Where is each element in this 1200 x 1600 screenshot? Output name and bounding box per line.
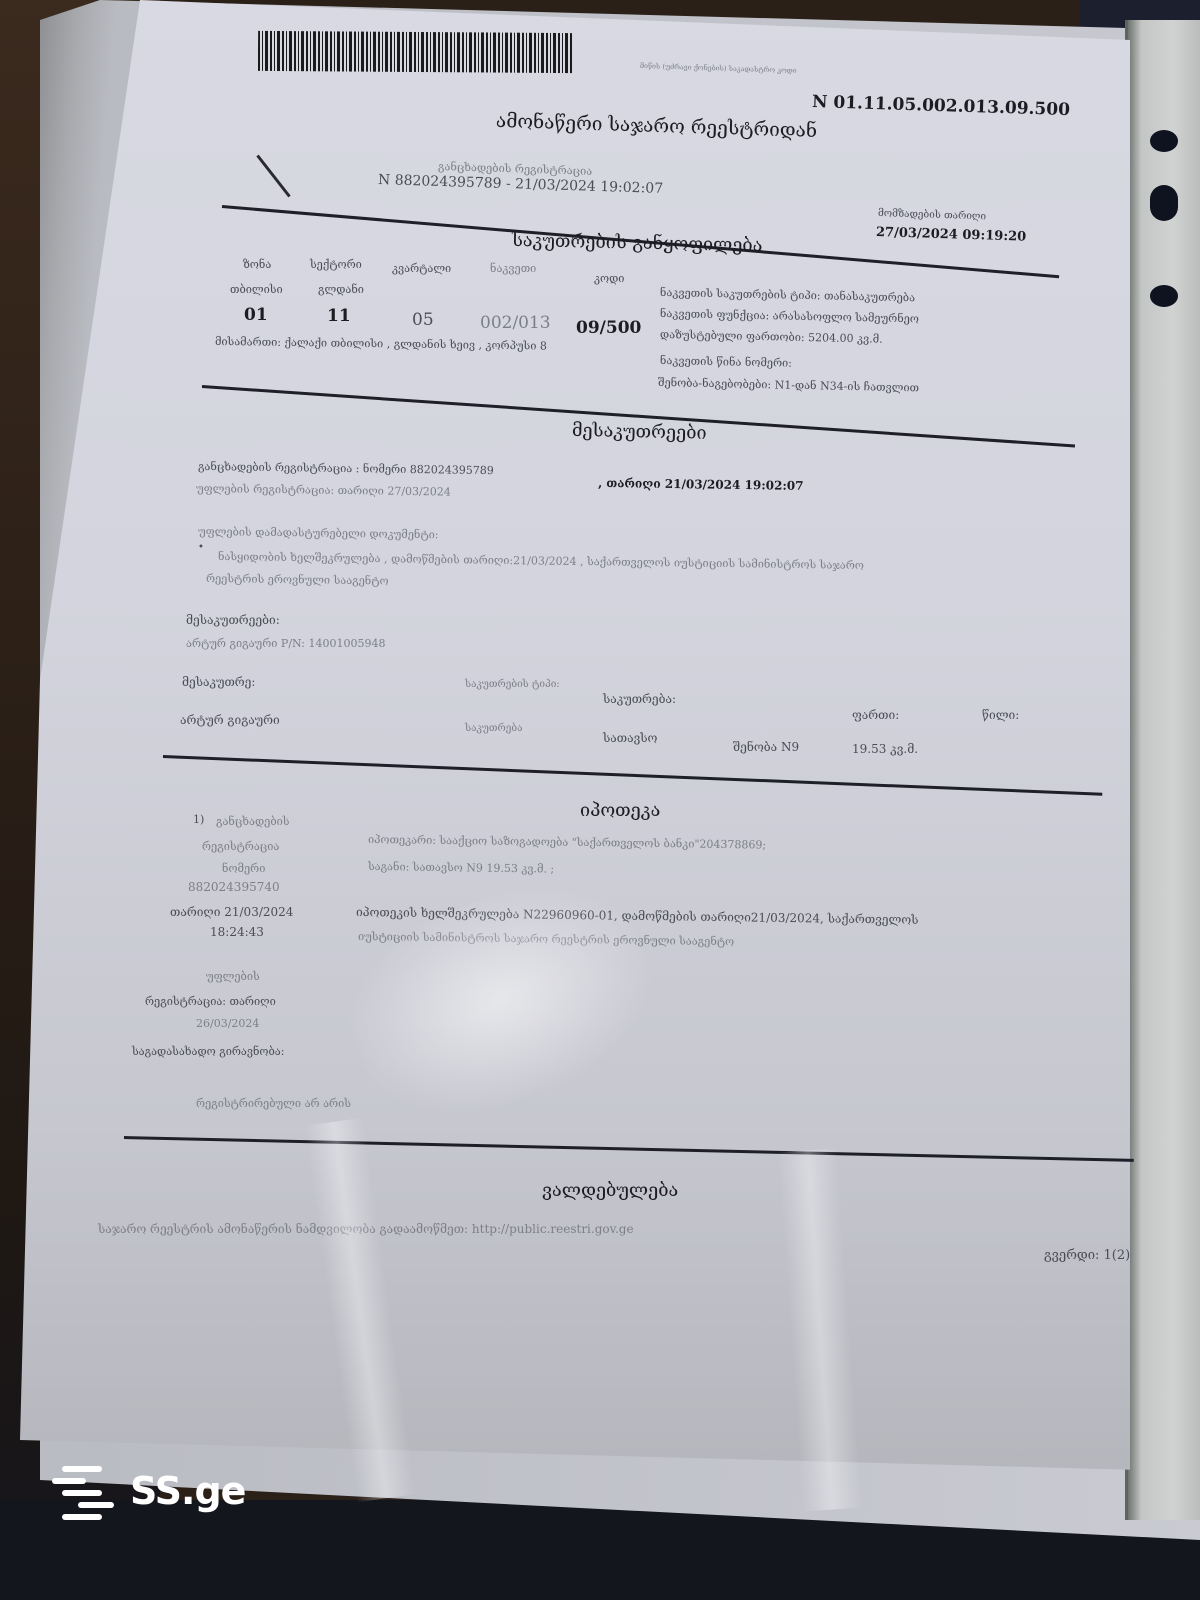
owners-section-title: მესაკუთრეები bbox=[572, 420, 707, 444]
property-label: საკუთრება: bbox=[603, 692, 676, 706]
share-label: წილი: bbox=[982, 708, 1019, 722]
property-value: სათავსო bbox=[603, 731, 657, 745]
cadastral-code: N 01.11.05.002.013.09.500 bbox=[812, 92, 1071, 120]
building-value: შენობა N9 bbox=[733, 740, 799, 754]
mortgage-rights-label-2: რეგისტრაცია: თარიღი bbox=[145, 995, 276, 1008]
quarter-value: 05 bbox=[412, 310, 434, 330]
divider bbox=[124, 1136, 1134, 1162]
owner-label: მესაკუთრე: bbox=[182, 675, 255, 689]
mortgage-rights-date: 26/03/2024 bbox=[196, 1017, 259, 1030]
parcel-label: ნაკვეთი bbox=[490, 262, 536, 275]
parcel-area: დაზუსტებული ფართობი: 5204.00 კვ.მ. bbox=[660, 328, 883, 346]
mortgage-section-title: იპოთეკა bbox=[580, 800, 660, 821]
owners-application-reg: განცხადების რეგისტრაცია : ნომერი 8820243… bbox=[198, 460, 494, 477]
ownership-type-label: საკუთრების ტიპი: bbox=[465, 676, 575, 694]
pen-mark bbox=[256, 155, 290, 198]
ssge-watermark: SS.ge bbox=[52, 1466, 245, 1516]
mortgage-item-index: 1) bbox=[193, 813, 204, 826]
registry-extract: მიწის (უძრავი ქონების) საკადასტრო კოდი N… bbox=[0, 0, 1200, 1600]
owners-basis-line2: რეესტრის ეროვნული სააგენტო bbox=[206, 572, 389, 588]
parcel-buildings: შენობა-ნაგებობები: N1-დან N34-ის ჩათვლით bbox=[658, 376, 919, 394]
sleeve-glare bbox=[304, 1118, 416, 1503]
tax-lien-label: საგადასახადო გირავნობა: bbox=[132, 1045, 284, 1058]
sleeve-glare bbox=[778, 1148, 863, 1511]
owners-application-date: , თარიღი 21/03/2024 19:02:07 bbox=[598, 476, 804, 493]
parcel-ownership-type: ნაკვეთის საკუთრების ტიპი: თანასაკუთრება bbox=[660, 286, 915, 304]
owners-list-value: არტურ გიგაური P/N: 14001005948 bbox=[186, 637, 385, 650]
divider bbox=[163, 755, 1102, 796]
zone-value: 01 bbox=[244, 305, 268, 325]
page-number: გვერდი: 1(2) bbox=[1044, 1248, 1130, 1263]
mortgagee: იპოთეკარი: სააქციო საზოგადოება "საქართვე… bbox=[368, 833, 766, 852]
tax-lien-value: რეგისტრირებული არ არის bbox=[196, 1097, 351, 1110]
owner-value: არტურ გიგაური bbox=[180, 713, 280, 727]
property-address: მისამართი: ქალაქი თბილისი , გლდანის ხეივ… bbox=[215, 335, 547, 353]
zone-sub: თბილისი bbox=[230, 283, 283, 296]
debts-section-title: ვალდებულება bbox=[542, 1180, 678, 1201]
parcel-value: 002/013 bbox=[480, 313, 551, 333]
mortgage-app-time: 18:24:43 bbox=[210, 925, 264, 939]
mortgage-subject: საგანი: სათავსო N9 19.53 კვ.მ. ; bbox=[368, 860, 554, 876]
mortgage-app-number: 882024395740 bbox=[188, 880, 280, 894]
ssge-logo-icon bbox=[52, 1466, 114, 1516]
sleeve-glare bbox=[325, 855, 675, 1146]
mortgage-app-label: განცხადების bbox=[216, 815, 289, 828]
area-label: ფართი: bbox=[852, 708, 899, 722]
mortgage-app-label-3: ნომერი bbox=[222, 862, 265, 875]
mortgage-app-label-2: რეგისტრაცია bbox=[202, 840, 279, 853]
code-value: 09/500 bbox=[576, 318, 641, 338]
owners-list-label: მესაკუთრეები: bbox=[186, 613, 280, 627]
parcel-function: ნაკვეთის ფუნქცია: არასასოფლო სამეურნეო bbox=[660, 307, 919, 325]
ownership-type-value: საკუთრება bbox=[465, 723, 523, 734]
preparation-date-label: მომზადების თარიღი bbox=[878, 208, 986, 222]
property-section-title: საკუთრების განყოფილება bbox=[512, 230, 763, 256]
cadastral-code-label: მიწის (უძრავი ქონების) საკადასტრო კოდი bbox=[640, 62, 797, 75]
bullet: • bbox=[198, 542, 204, 553]
owners-rights-reg: უფლების რეგისტრაცია: თარიღი 27/03/2024 bbox=[196, 482, 451, 499]
mortgage-app-date: თარიღი 21/03/2024 bbox=[170, 905, 293, 919]
code-label: კოდი bbox=[594, 272, 624, 285]
barcode bbox=[258, 31, 573, 73]
sector-value: 11 bbox=[327, 306, 351, 326]
quarter-label: კვარტალი bbox=[392, 262, 451, 275]
ssge-brand-text: SS.ge bbox=[130, 1469, 245, 1513]
area-value: 19.53 კვ.მ. bbox=[852, 742, 918, 756]
owners-basis-line1: ნასყიდობის ხელშეკრულება , დამოწმების თარ… bbox=[218, 550, 864, 572]
sector-label: სექტორი bbox=[310, 258, 362, 271]
owners-basis-label: უფლების დამადასტურებელი დოკუმენტი: bbox=[198, 525, 439, 541]
parcel-previous-number: ნაკვეთის წინა ნომერი: bbox=[660, 354, 792, 370]
document-title: ამონაწერი საჯარო რეესტრიდან bbox=[496, 110, 818, 142]
preparation-date: 27/03/2024 09:19:20 bbox=[876, 225, 1027, 245]
sector-sub: გლდანი bbox=[318, 283, 364, 296]
application-number-date: N 882024395789 - 21/03/2024 19:02:07 bbox=[378, 172, 664, 197]
zone-label: ზონა bbox=[243, 258, 271, 271]
mortgage-rights-label: უფლების bbox=[206, 970, 260, 983]
